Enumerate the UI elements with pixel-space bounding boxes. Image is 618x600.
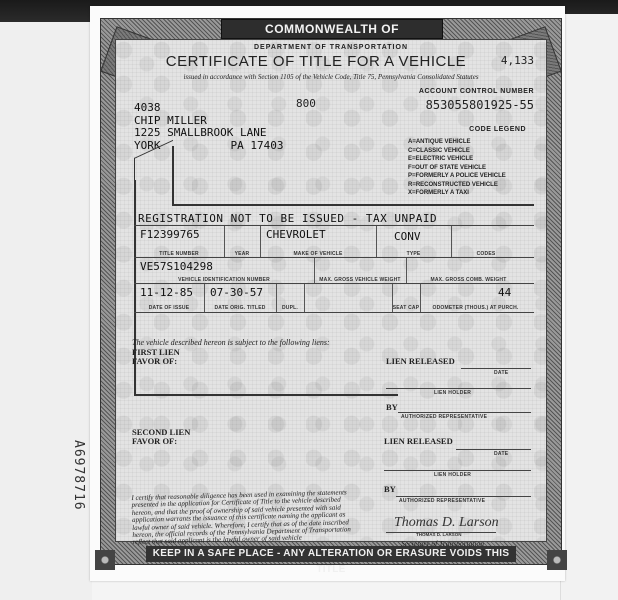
odometer-label: ODOMETER (THOUS.) AT PURCH.: [420, 305, 531, 311]
certificate-title: CERTIFICATE OF TITLE FOR A VEHICLE: [116, 53, 516, 70]
ornament-corner-icon: [547, 550, 567, 570]
second-lien-rep-label: AUTHORIZED REPRESENTATIVE: [399, 498, 485, 504]
owner-id: 4038: [134, 102, 283, 115]
gross-weight-cell: MAX. GROSS VEHICLE WEIGHT: [314, 258, 407, 284]
serial-number: A6978716: [70, 440, 86, 540]
orig-titled-label: DATE ORIG. TITLED: [204, 305, 276, 311]
year-cell: YEAR: [224, 226, 261, 258]
code-legend-list: A=ANTIQUE VEHICLE C=CLASSIC VEHICLE E=EL…: [408, 138, 506, 198]
account-control-label: ACCOUNT CONTROL NUMBER: [419, 88, 534, 95]
top-banner: COMMONWEALTH OF PENNSYLVANIA: [221, 19, 443, 39]
vehicle-row-1: F12399765 TITLE NUMBER YEAR CHEVROLET MA…: [134, 225, 534, 258]
window-frame: [172, 204, 534, 206]
second-lien-heading: SECOND LIEN FAVOR OF:: [132, 428, 190, 446]
title-number-top: 4,133: [501, 54, 534, 67]
legend-item: P=FORMERLY A POLICE VEHICLE: [408, 172, 506, 181]
orig-titled-value: 07-30-57: [210, 286, 263, 299]
first-lien-date-label: DATE: [494, 370, 508, 376]
second-lien-date-line: [456, 449, 531, 450]
legend-item: X=FORMERLY A TAXI: [408, 189, 506, 198]
make-cell: CHEVROLET MAKE OF VEHICLE: [260, 226, 377, 258]
legend-item: R=RECONSTRUCTED VEHICLE: [408, 181, 506, 190]
odometer-value: 44: [498, 286, 511, 299]
first-lien-holder-label: LIEN HOLDER: [434, 390, 471, 396]
vehicle-row-2: VE57S104298 VEHICLE IDENTIFICATION NUMBE…: [134, 257, 534, 284]
second-lien-by: BY: [384, 484, 396, 494]
first-lien-rep-label: AUTHORIZED REPRESENTATIVE: [401, 414, 487, 420]
owner-state-zip: PA 17403: [231, 139, 284, 152]
window-frame: [172, 146, 174, 206]
seat-cap-cell: SEAT CAP: [392, 284, 421, 312]
issue-date-value: 11-12-85: [140, 286, 193, 299]
registration-notice: REGISTRATION NOT TO BE ISSUED - TAX UNPA…: [138, 212, 437, 225]
second-lien-favor-label: FAVOR OF:: [132, 437, 190, 446]
gross-comb-weight-cell: MAX. GROSS COMB. WEIGHT: [406, 258, 531, 284]
first-lien-rep-line: [398, 412, 531, 413]
legend-item: F=OUT OF STATE VEHICLE: [408, 164, 506, 173]
dupl-label: DUPL.: [276, 305, 304, 311]
first-lien-holder-line: [386, 388, 531, 389]
statute-subtitle: issued in accordance with Section 1105 o…: [116, 73, 546, 81]
first-lien-by: BY: [386, 402, 398, 412]
dupl-cell: DUPL.: [276, 284, 305, 312]
vin-cell: VE57S104298 VEHICLE IDENTIFICATION NUMBE…: [134, 258, 315, 284]
first-lien-heading: FIRST LIEN FAVOR OF:: [132, 348, 180, 366]
title-number-value: F12399765: [140, 228, 200, 241]
code-legend-title: CODE LEGEND: [469, 126, 526, 133]
background-paper-right: [560, 14, 618, 600]
vin-value: VE57S104298: [140, 260, 213, 273]
bottom-warning-banner: KEEP IN A SAFE PLACE - ANY ALTERATION OR…: [146, 546, 516, 562]
window-frame: [134, 394, 398, 396]
second-lien-released: LIEN RELEASED: [384, 436, 453, 446]
code-800: 800: [296, 97, 316, 110]
title-number-cell: F12399765 TITLE NUMBER: [134, 226, 225, 258]
lien-intro: The vehicle described hereon is subject …: [132, 338, 330, 347]
type-value: CONV: [394, 230, 421, 243]
certificate-body: DEPARTMENT OF TRANSPORTATION CERTIFICATE…: [115, 39, 547, 542]
department-label: DEPARTMENT OF TRANSPORTATION: [116, 44, 546, 51]
secretary-signature: Thomas D. Larson: [394, 515, 499, 531]
first-lien-date-line: [461, 368, 531, 369]
first-lien-released: LIEN RELEASED: [386, 356, 455, 366]
vehicle-row-3: 11-12-85 DATE OF ISSUE 07-30-57 DATE ORI…: [134, 283, 534, 313]
legend-item: A=ANTIQUE VEHICLE: [408, 138, 506, 147]
type-cell: CONV TYPE: [376, 226, 452, 258]
second-lien-holder-label: LIEN HOLDER: [434, 472, 471, 478]
orig-titled-cell: 07-30-57 DATE ORIG. TITLED: [204, 284, 277, 312]
legend-item: C=CLASSIC VEHICLE: [408, 147, 506, 156]
certification-statement: I certify that reasonable diligence has …: [131, 489, 360, 547]
second-lien-date-label: DATE: [494, 451, 508, 457]
issue-date-label: DATE OF ISSUE: [134, 305, 204, 311]
title-certificate: COMMONWEALTH OF PENNSYLVANIA DEPARTMENT …: [100, 18, 562, 565]
legend-item: E=ELECTRIC VEHICLE: [408, 155, 506, 164]
ornament-corner-icon: [95, 550, 115, 570]
issue-date-cell: 11-12-85 DATE OF ISSUE: [134, 284, 205, 312]
signer-name: THOMAS D. LARSON: [416, 532, 462, 537]
account-control-number: 853055801925-55: [426, 98, 534, 112]
first-lien-favor-label: FAVOR OF:: [132, 357, 180, 366]
odometer-cell: 44 ODOMETER (THOUS.) AT PURCH.: [420, 284, 531, 312]
codes-cell: CODES: [451, 226, 521, 258]
second-lien-rep-line: [396, 496, 531, 497]
seat-cap-label: SEAT CAP: [392, 305, 420, 311]
owner-address-block: 4038CHIP MILLER1225 SMALLBROOK LANEYORKP…: [134, 102, 283, 152]
second-lien-holder-line: [384, 470, 531, 471]
blank-cell: [304, 284, 393, 312]
make-value: CHEVROLET: [266, 228, 326, 241]
